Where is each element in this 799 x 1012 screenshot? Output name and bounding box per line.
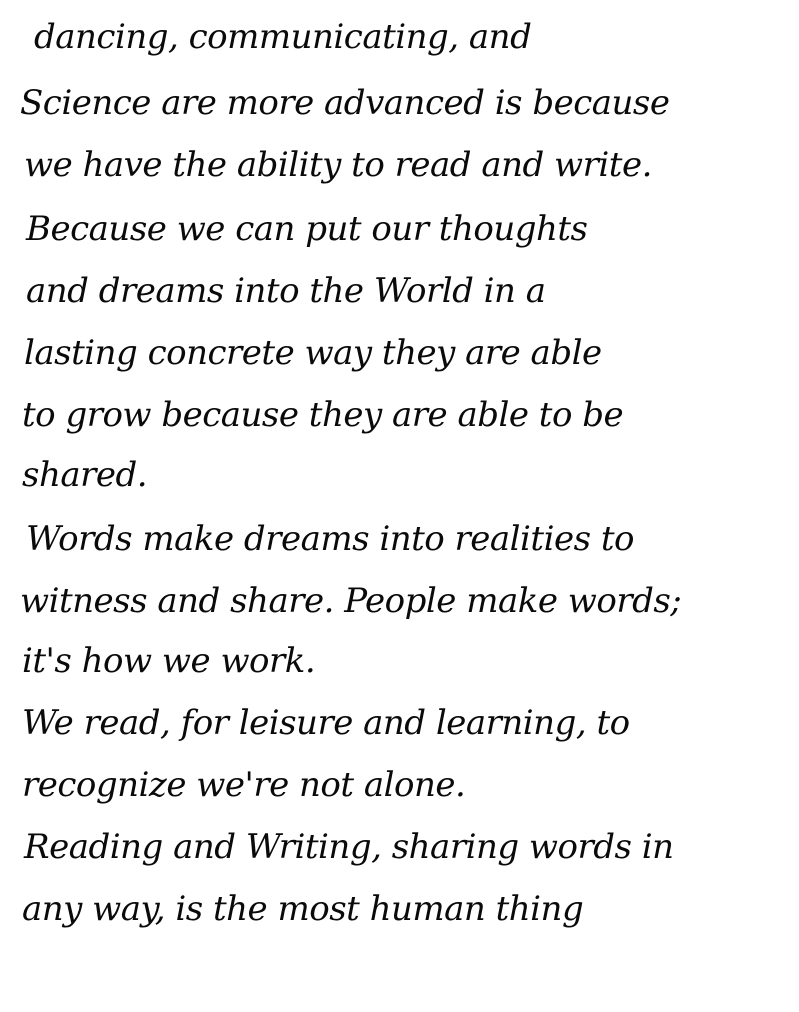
text-line-6: lasting concrete way they are able	[24, 336, 602, 370]
text-line-11: it's how we work.	[22, 644, 315, 678]
handwritten-page: dancing, communicating, and Science are …	[0, 0, 799, 1012]
text-line-1: dancing, communicating, and	[34, 20, 531, 54]
text-line-9: Words make dreams into realities to	[26, 522, 634, 556]
text-line-3: we have the ability to read and write.	[24, 148, 652, 182]
text-line-10: witness and share. People make words;	[20, 584, 681, 618]
text-line-7: to grow because they are able to be	[22, 398, 623, 432]
text-line-12: We read, for leisure and learning, to	[22, 706, 630, 740]
text-line-5: and dreams into the World in a	[26, 274, 546, 308]
text-line-13: recognize we're not alone.	[22, 768, 465, 802]
text-line-4: Because we can put our thoughts	[26, 212, 588, 246]
text-line-15: any way, is the most human thing	[22, 892, 583, 926]
text-line-8: shared.	[22, 458, 147, 492]
text-line-2: Science are more advanced is because	[20, 86, 669, 120]
text-line-14: Reading and Writing, sharing words in	[24, 830, 674, 864]
